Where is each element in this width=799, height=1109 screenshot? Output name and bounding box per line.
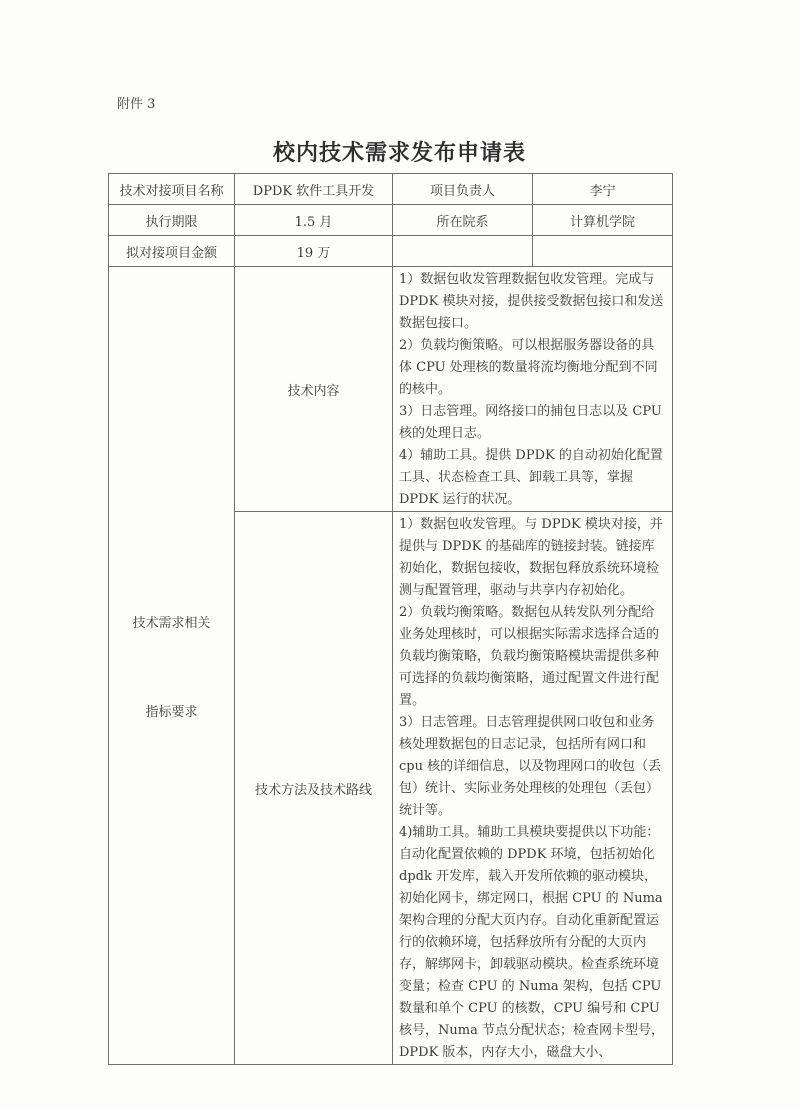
tech-method-text: 1）数据包收发管理。与 DPDK 模块对接，并提供与 DPDK 的基础库的链接封… [393, 512, 673, 1065]
duration-label: 执行期限 [109, 205, 235, 236]
paragraph: 1）数据包收发管理数据包收发管理。完成与DPDK 模块对接，提供接受数据包接口和… [399, 269, 666, 335]
amount-value: 19 万 [235, 236, 393, 267]
paragraph: 2）负载均衡策略。数据包从转发队列分配给业务处理核时，可以根据实际需求选择合适的… [399, 602, 666, 712]
requirements-section-label: 技术需求相关 指标要求 [109, 267, 235, 1065]
paragraph: 4）辅助工具。提供 DPDK 的自动初始化配置工具、状态检查工具、卸载工具等，掌… [399, 445, 666, 511]
paragraph: 3）日志管理。网络接口的捕包日志以及 CPU 核的处理日志。 [399, 401, 666, 445]
project-lead-label: 项目负责人 [393, 174, 533, 205]
tech-method-label: 技术方法及技术路线 [235, 512, 393, 1065]
page-title: 校内技术需求发布申请表 [0, 136, 799, 167]
project-name-label: 技术对接项目名称 [109, 174, 235, 205]
requirements-label-line2: 指标要求 [109, 701, 234, 720]
department-value: 计算机学院 [533, 205, 673, 236]
table-row: 技术对接项目名称 DPDK 软件工具开发 项目负责人 李宁 [109, 174, 673, 205]
table-row: 技术需求相关 指标要求 技术内容 1）数据包收发管理数据包收发管理。完成与DPD… [109, 267, 673, 512]
empty-cell [533, 236, 673, 267]
amount-label: 拟对接项目金额 [109, 236, 235, 267]
application-form-table: 技术对接项目名称 DPDK 软件工具开发 项目负责人 李宁 执行期限 1.5 月… [108, 173, 673, 1065]
requirements-label-line1: 技术需求相关 [109, 612, 234, 631]
tech-content-label: 技术内容 [235, 267, 393, 512]
empty-cell [393, 236, 533, 267]
table-row: 执行期限 1.5 月 所在院系 计算机学院 [109, 205, 673, 236]
tech-content-text: 1）数据包收发管理数据包收发管理。完成与DPDK 模块对接，提供接受数据包接口和… [393, 267, 673, 512]
department-label: 所在院系 [393, 205, 533, 236]
paragraph: 1）数据包收发管理。与 DPDK 模块对接，并提供与 DPDK 的基础库的链接封… [399, 514, 666, 602]
annex-label: 附件 3 [117, 93, 155, 112]
project-lead-value: 李宁 [533, 174, 673, 205]
paragraph: 2）负载均衡策略。可以根据服务器设备的具体 CPU 处理核的数量将流均衡地分配到… [399, 335, 666, 401]
project-name-value: DPDK 软件工具开发 [235, 174, 393, 205]
paragraph: 4)辅助工具。辅助工具模块要提供以下功能：自动化配置依赖的 DPDK 环境，包括… [399, 822, 666, 1064]
duration-value: 1.5 月 [235, 205, 393, 236]
paragraph: 3）日志管理。日志管理提供网口收包和业务核处理数据包的日志记录，包括所有网口和 … [399, 712, 666, 822]
table-row: 拟对接项目金额 19 万 [109, 236, 673, 267]
